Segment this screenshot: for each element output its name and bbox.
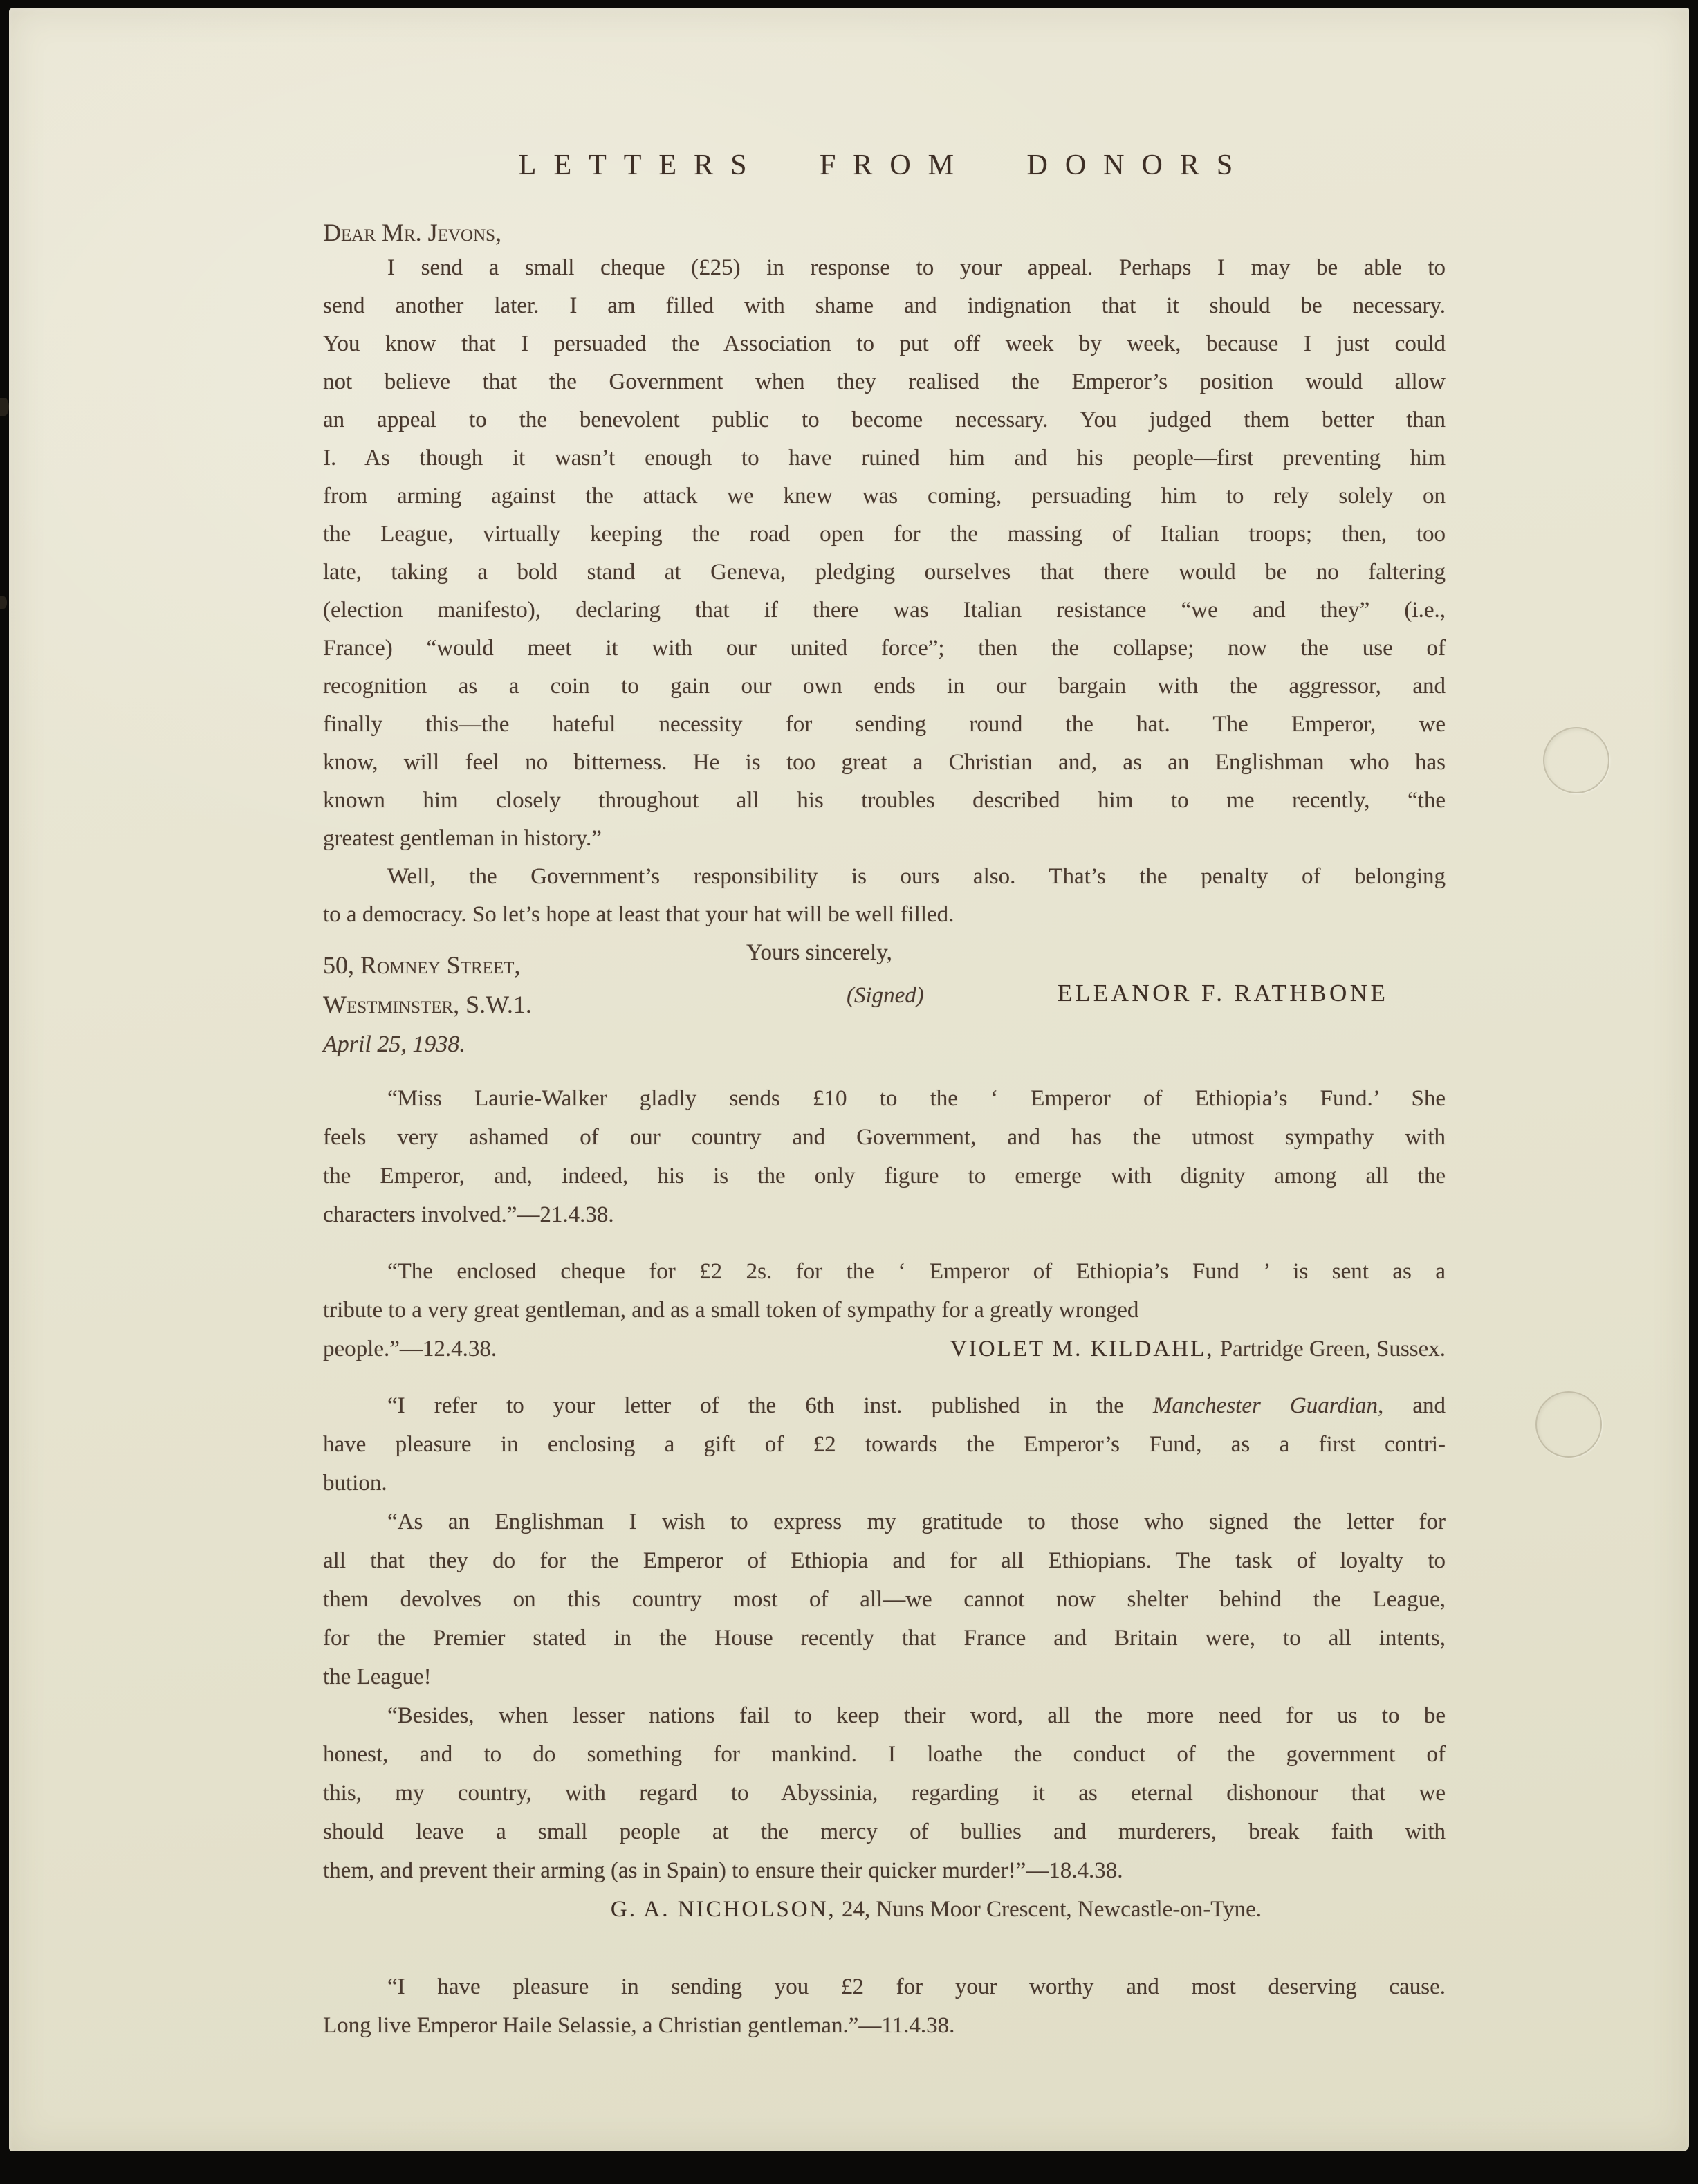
signature-block: Yours sincerely, 50, Romney Street, West…: [323, 934, 1446, 1065]
text-line: the League!: [323, 1658, 1446, 1696]
text-line: honest, and to do something for mankind.…: [323, 1735, 1446, 1774]
text-line: recognition as a coin to gain our own en…: [323, 668, 1446, 706]
text-line: characters involved.”—21.4.38.: [323, 1195, 1446, 1234]
text-line: tribute to a very great gentleman, and a…: [323, 1291, 1446, 1330]
signature-name: ELEANOR F. RATHBONE: [1058, 974, 1388, 1012]
text-line: for the Premier stated in the House rece…: [323, 1619, 1446, 1658]
text-line: have pleasure in enclosing a gift of £2 …: [323, 1425, 1446, 1464]
text-line: not believe that the Government when the…: [323, 363, 1446, 401]
text-line: bution.: [323, 1464, 1446, 1503]
donor-name: VIOLET M. KILDAHL,: [950, 1337, 1215, 1361]
staple-mark: [0, 596, 7, 609]
text-line: greatest gentleman in history.”: [323, 820, 1446, 858]
text-line: know, will feel no bitterness. He is too…: [323, 744, 1446, 782]
donor-quote-laurie-walker: “Miss Laurie-Walker gladly sends £10 to …: [323, 1079, 1446, 1234]
letter-paragraph-1: I send a small cheque (£25) in response …: [323, 249, 1446, 858]
punch-hole: [1543, 727, 1609, 793]
scan-background: { "theme": { "background_color": "#0b0a0…: [0, 0, 1698, 2184]
donor-quote-anonymous: “I have pleasure in sending you £2 for y…: [323, 1967, 1446, 2045]
donor-attribution: G. A. NICHOLSON, 24, Nuns Moor Crescent,…: [323, 1890, 1446, 1929]
text-line: them, and prevent their arming (as in Sp…: [323, 1851, 1446, 1890]
text-line: an appeal to the benevolent public to be…: [323, 401, 1446, 439]
donor-address: 24, Nuns Moor Crescent, Newcastle-on-Tyn…: [842, 1897, 1262, 1922]
text-line: Well, the Government’s responsibility is…: [323, 858, 1446, 896]
donor-quote-nicholson-para-2: “As an Englishman I wish to express my g…: [323, 1503, 1446, 1696]
donor-location: Partridge Green, Sussex.: [1220, 1337, 1446, 1361]
text-line: “I refer to your letter of the 6th inst.…: [323, 1386, 1446, 1425]
letter-date: April 25, 1938.: [323, 1025, 465, 1063]
text-line: this, my country, with regard to Abyssin…: [323, 1774, 1446, 1813]
quote-attribution-line: people.”—12.4.38. VIOLET M. KILDAHL, Par…: [323, 1330, 1446, 1368]
text-line: I send a small cheque (£25) in response …: [323, 249, 1446, 287]
quote-text-segment: “I refer to your letter of the 6th inst.…: [387, 1393, 1153, 1418]
text-line: should leave a small people at the mercy…: [323, 1813, 1446, 1851]
quote-text-segment: , and: [1378, 1393, 1446, 1418]
letter-paragraph-2: Well, the Government’s responsibility is…: [323, 858, 1446, 934]
text-line: them devolves on this country most of al…: [323, 1580, 1446, 1619]
sender-address-line-2: Westminster, S.W.1.: [323, 986, 532, 1024]
publication-name: Manchester Guardian: [1153, 1393, 1378, 1418]
text-line: “Besides, when lesser nations fail to ke…: [323, 1696, 1446, 1735]
donor-quote-kildahl: “The enclosed cheque for £2 2s. for the …: [323, 1252, 1446, 1368]
text-line: Long live Emperor Haile Selassie, a Chri…: [323, 2006, 1446, 2045]
text-line: the Emperor, and, indeed, his is the onl…: [323, 1157, 1446, 1195]
text-line: “I have pleasure in sending you £2 for y…: [323, 1967, 1446, 2006]
text-line: known him closely throughout all his tro…: [323, 782, 1446, 820]
donor-quote-nicholson-para-3: “Besides, when lesser nations fail to ke…: [323, 1696, 1446, 1890]
signed-label: (Signed): [847, 977, 924, 1015]
quote-end-text: people.”—12.4.38.: [323, 1330, 497, 1368]
donor-quote-nicholson-para-1: “I refer to your letter of the 6th inst.…: [323, 1386, 1446, 1503]
text-line: send another later. I am filled with sha…: [323, 287, 1446, 325]
text-line: “The enclosed cheque for £2 2s. for the …: [323, 1252, 1446, 1291]
quote-lines: “The enclosed cheque for £2 2s. for the …: [323, 1252, 1446, 1330]
donor-name: G. A. NICHOLSON,: [611, 1897, 836, 1922]
text-line: finally this—the hateful necessity for s…: [323, 706, 1446, 744]
text-line: to a democracy. So let’s hope at least t…: [323, 896, 1446, 934]
closing-line: Yours sincerely,: [746, 934, 892, 972]
staple-mark: [0, 398, 9, 416]
text-line: late, taking a bold stand at Geneva, ple…: [323, 553, 1446, 591]
donor-attribution: VIOLET M. KILDAHL, Partridge Green, Suss…: [950, 1330, 1446, 1368]
quote-lines: have pleasure in enclosing a gift of £2 …: [323, 1425, 1446, 1503]
text-line: the League, virtually keeping the road o…: [323, 515, 1446, 553]
text-line: from arming against the attack we knew w…: [323, 477, 1446, 515]
page-title: LETTERS FROM DONORS: [323, 149, 1446, 181]
text-line: I. As though it wasn’t enough to have ru…: [323, 439, 1446, 477]
sender-address-line-1: 50, Romney Street,: [323, 946, 520, 984]
text-line: You know that I persuaded the Associatio…: [323, 325, 1446, 363]
punch-hole: [1535, 1391, 1602, 1458]
page-content: LETTERS FROM DONORS Dear Mr. Jevons, I s…: [9, 8, 1689, 2045]
text-line: “As an Englishman I wish to express my g…: [323, 1503, 1446, 1541]
text-line: “Miss Laurie-Walker gladly sends £10 to …: [323, 1079, 1446, 1118]
letter-page: LETTERS FROM DONORS Dear Mr. Jevons, I s…: [9, 8, 1689, 2151]
text-line: feels very ashamed of our country and Go…: [323, 1118, 1446, 1157]
salutation: Dear Mr. Jevons,: [323, 216, 1446, 249]
text-line: all that they do for the Emperor of Ethi…: [323, 1541, 1446, 1580]
text-line: (election manifesto), declaring that if …: [323, 591, 1446, 630]
text-line: France) “would meet it with our united f…: [323, 630, 1446, 668]
